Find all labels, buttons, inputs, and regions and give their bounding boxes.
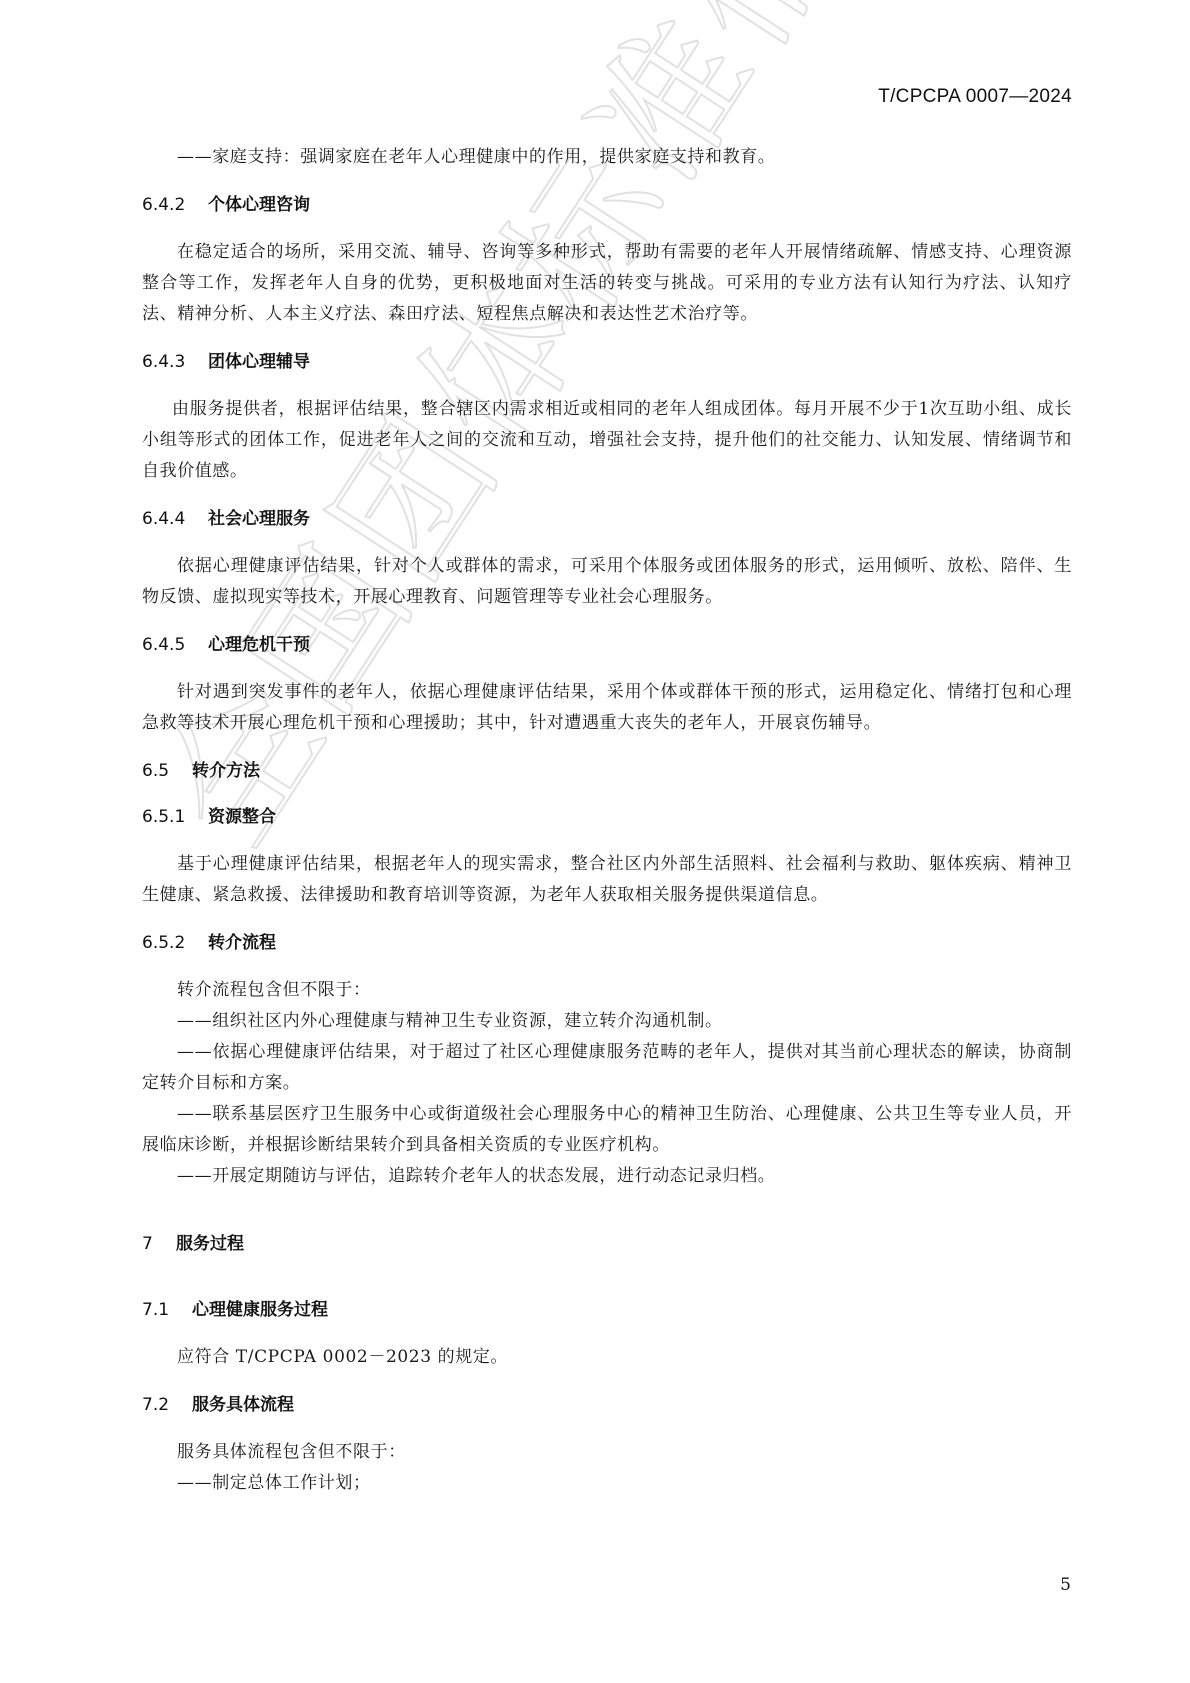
heading-6-5-2: 6.5.2转介流程 bbox=[142, 929, 1072, 957]
heading-6-4-4: 6.4.4社会心理服务 bbox=[142, 505, 1072, 533]
paragraph-6-4-3: 由服务提供者，根据评估结果，整合辖区内需求相近或相同的老年人组成团体。每月开展不… bbox=[142, 394, 1072, 487]
heading-6-4-5: 6.4.5心理危机干预 bbox=[142, 631, 1072, 659]
paragraph-6-5-2-lead: 转介流程包含但不限于： bbox=[142, 975, 1072, 1006]
list-item: ——组织社区内外心理健康与精神卫生专业资源，建立转介沟通机制。 bbox=[142, 1006, 1072, 1037]
heading-7-2: 7.2服务具体流程 bbox=[142, 1391, 1072, 1419]
list-item: ——依据心理健康评估结果，对于超过了社区心理健康服务范畴的老年人，提供对其当前心… bbox=[142, 1037, 1072, 1099]
paragraph-7-2-lead: 服务具体流程包含但不限于： bbox=[142, 1437, 1072, 1468]
heading-6-5-1: 6.5.1资源整合 bbox=[142, 803, 1072, 831]
page-number: 5 bbox=[1060, 1575, 1071, 1595]
heading-6-4-3: 6.4.3团体心理辅导 bbox=[142, 348, 1072, 376]
heading-6-4-2: 6.4.2个体心理咨询 bbox=[142, 191, 1072, 219]
paragraph-7-1: 应符合 T/CPCPA 0002－2023 的规定。 bbox=[142, 1342, 1072, 1373]
document-body: ——家庭支持：强调家庭在老年人心理健康中的作用，提供家庭支持和教育。 6.4.2… bbox=[142, 142, 1072, 1499]
paragraph-6-4-5: 针对遇到突发事件的老年人，依据心理健康评估结果，采用个体或群体干预的形式，运用稳… bbox=[142, 677, 1072, 739]
bullet-family-support: ——家庭支持：强调家庭在老年人心理健康中的作用，提供家庭支持和教育。 bbox=[142, 142, 1072, 173]
heading-6-5: 6.5转介方法 bbox=[142, 757, 1072, 785]
standard-code: T/CPCPA 0007—2024 bbox=[878, 86, 1072, 108]
list-item: ——联系基层医疗卫生服务中心或街道级社会心理服务中心的精神卫生防治、心理健康、公… bbox=[142, 1099, 1072, 1161]
paragraph-6-5-1: 基于心理健康评估结果，根据老年人的现实需求，整合社区内外部生活照料、社会福利与救… bbox=[142, 849, 1072, 911]
paragraph-6-4-4: 依据心理健康评估结果，针对个人或群体的需求，可采用个体服务或团体服务的形式，运用… bbox=[142, 551, 1072, 613]
heading-7: 7服务过程 bbox=[142, 1230, 1072, 1258]
list-item: ——开展定期随访与评估，追踪转介老年人的状态发展，进行动态记录归档。 bbox=[142, 1161, 1072, 1192]
paragraph-6-4-2: 在稳定适合的场所，采用交流、辅导、咨询等多种形式，帮助有需要的老年人开展情绪疏解… bbox=[142, 237, 1072, 330]
list-item: ——制定总体工作计划； bbox=[142, 1468, 1072, 1499]
document-page: 全国团体标准信息平台 T/CPCPA 0007—2024 ——家庭支持：强调家庭… bbox=[0, 0, 1190, 1683]
heading-7-1: 7.1心理健康服务过程 bbox=[142, 1296, 1072, 1324]
